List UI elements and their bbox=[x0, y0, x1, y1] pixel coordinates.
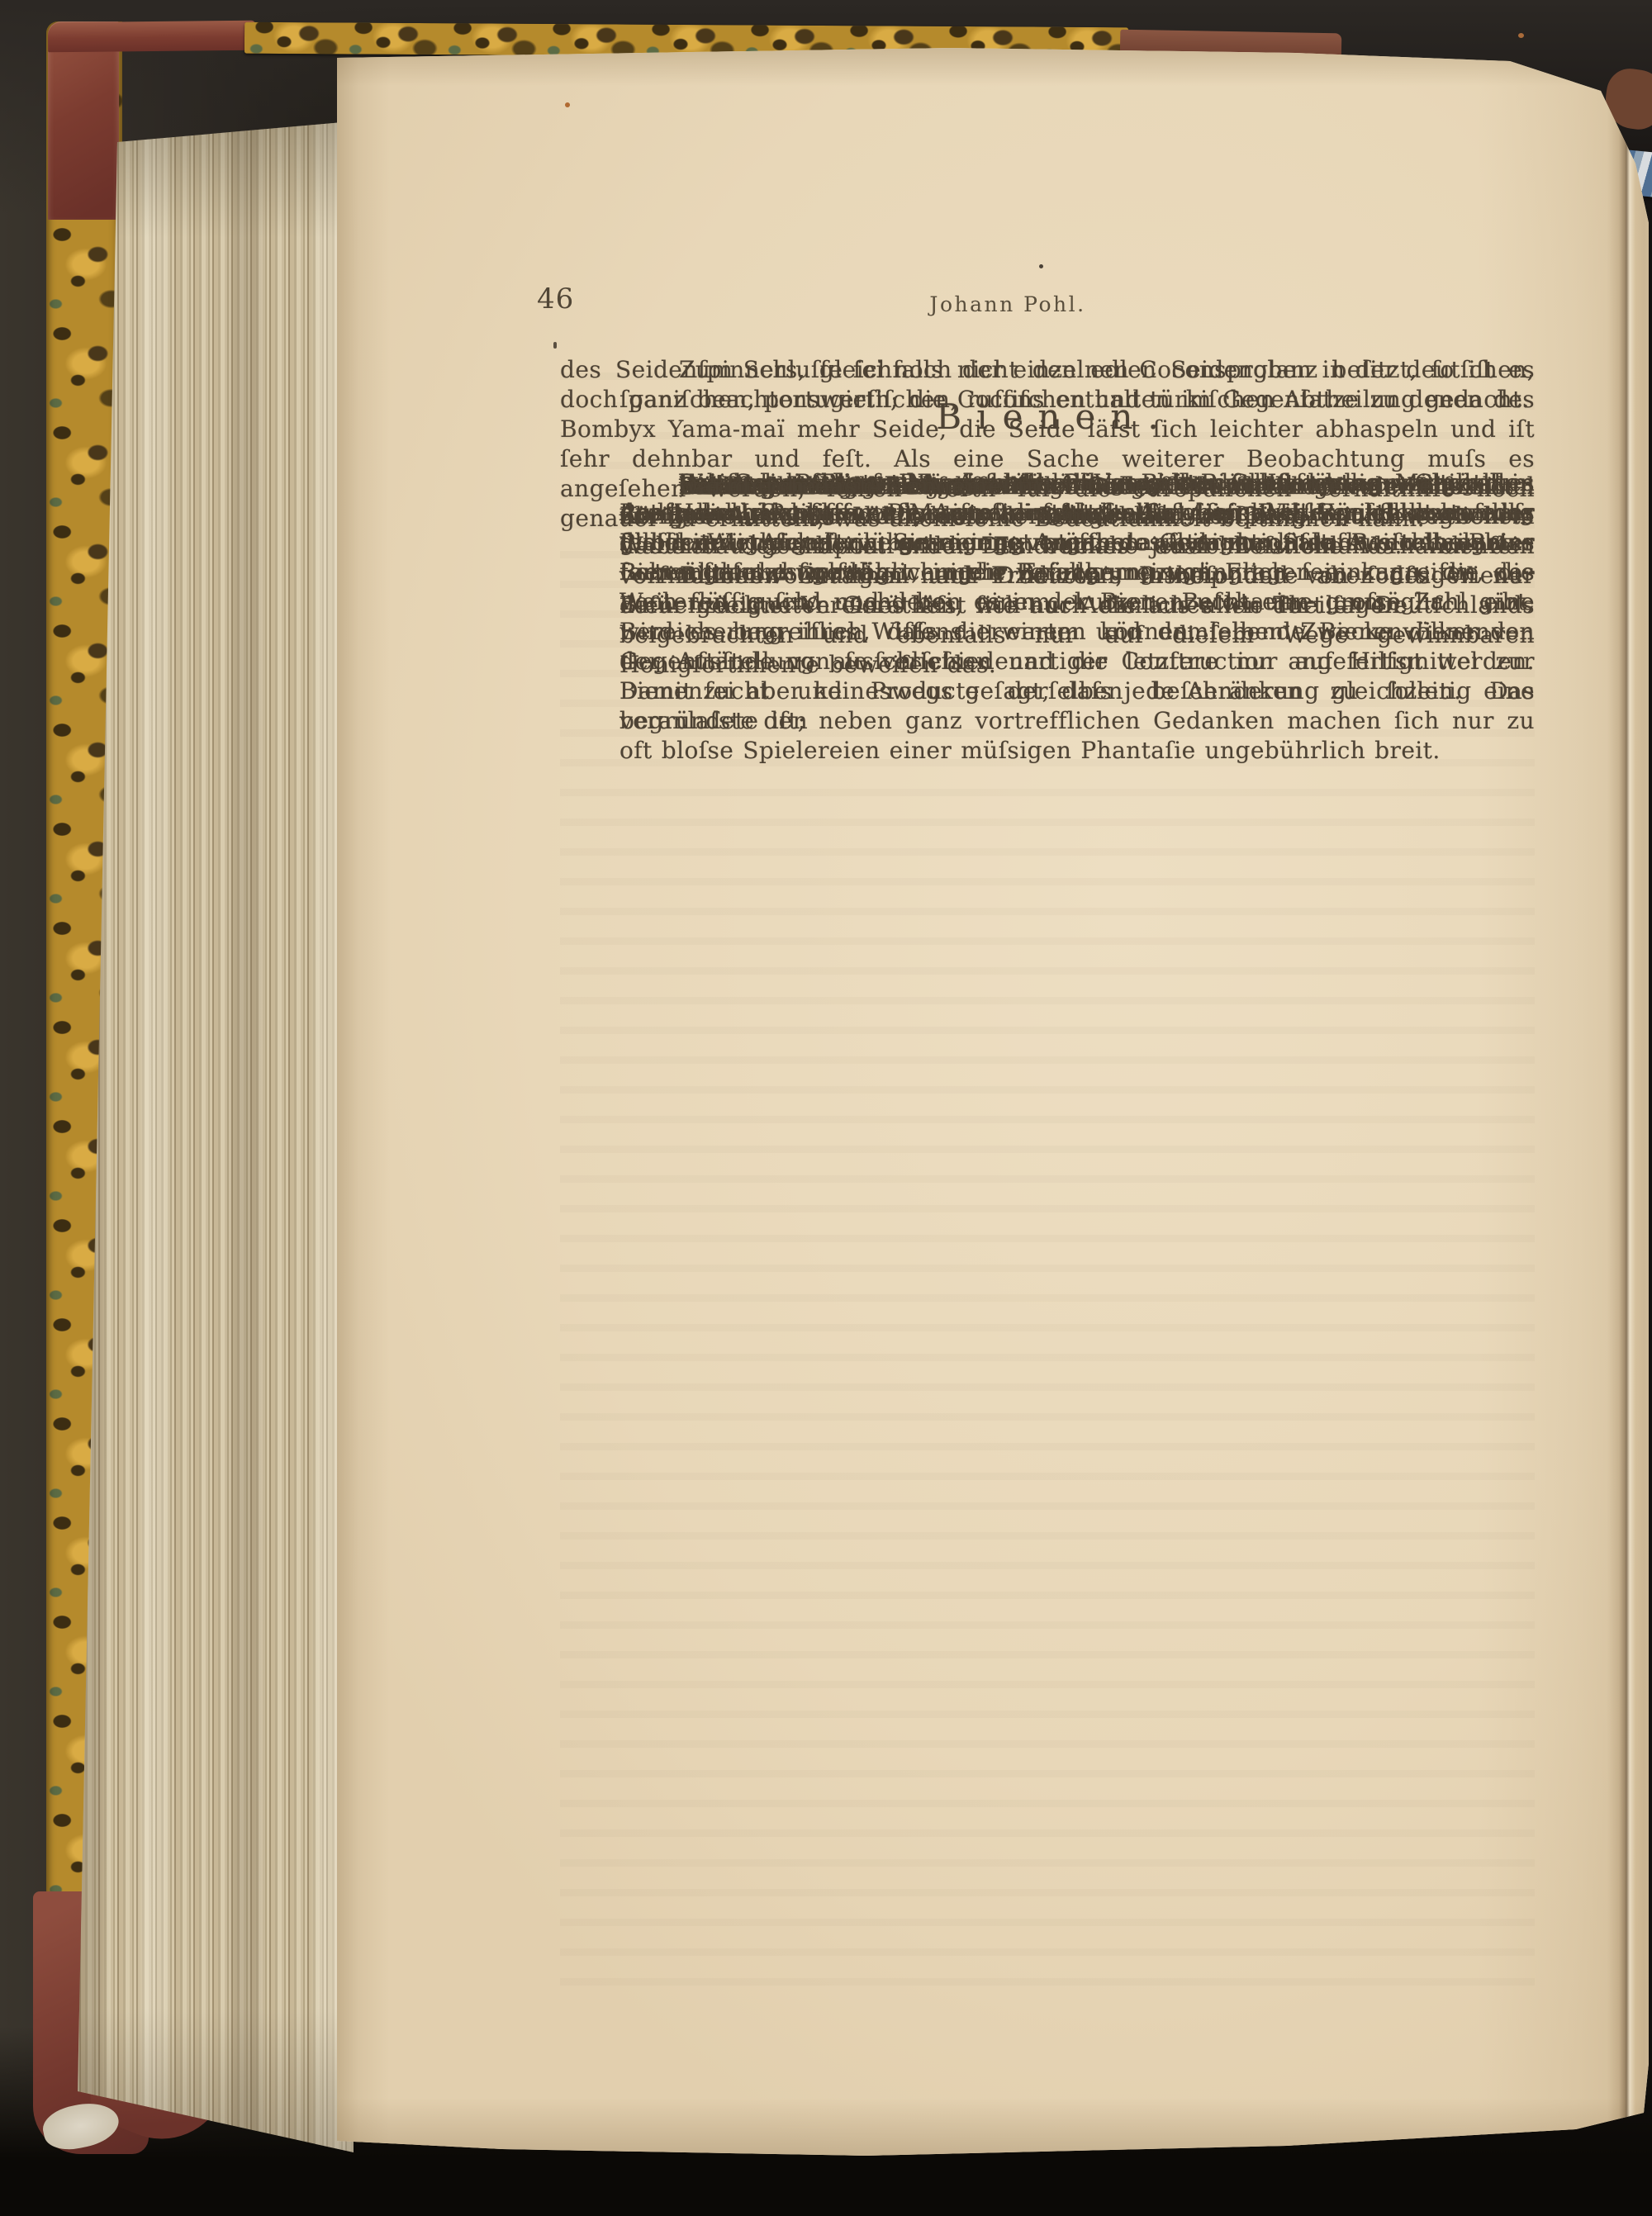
dust-speck bbox=[1518, 33, 1524, 38]
book-cover-red-leather-band bbox=[48, 21, 256, 53]
page-edges-stack bbox=[73, 114, 354, 2172]
running-header: Johann Pohl. bbox=[562, 292, 1454, 316]
paper-speck bbox=[565, 102, 570, 107]
text-column: des Seidenſpinners, gleichfalls nicht de… bbox=[560, 355, 1535, 472]
text-run: Zum Schluſſe ſei noch der einzelnen Coco… bbox=[619, 355, 1535, 415]
page-gutter-crease bbox=[1607, 48, 1652, 2156]
paper-speck bbox=[1039, 264, 1043, 268]
book-page: 46 Johann Pohl. des Seidenſpinners, glei… bbox=[337, 48, 1649, 2156]
book-scan-scene: 46 Johann Pohl. des Seidenſpinners, glei… bbox=[0, 0, 1652, 2216]
paper-speck bbox=[553, 342, 557, 349]
text-run: war durch das Arrangement der Collectiva… bbox=[619, 472, 1535, 620]
